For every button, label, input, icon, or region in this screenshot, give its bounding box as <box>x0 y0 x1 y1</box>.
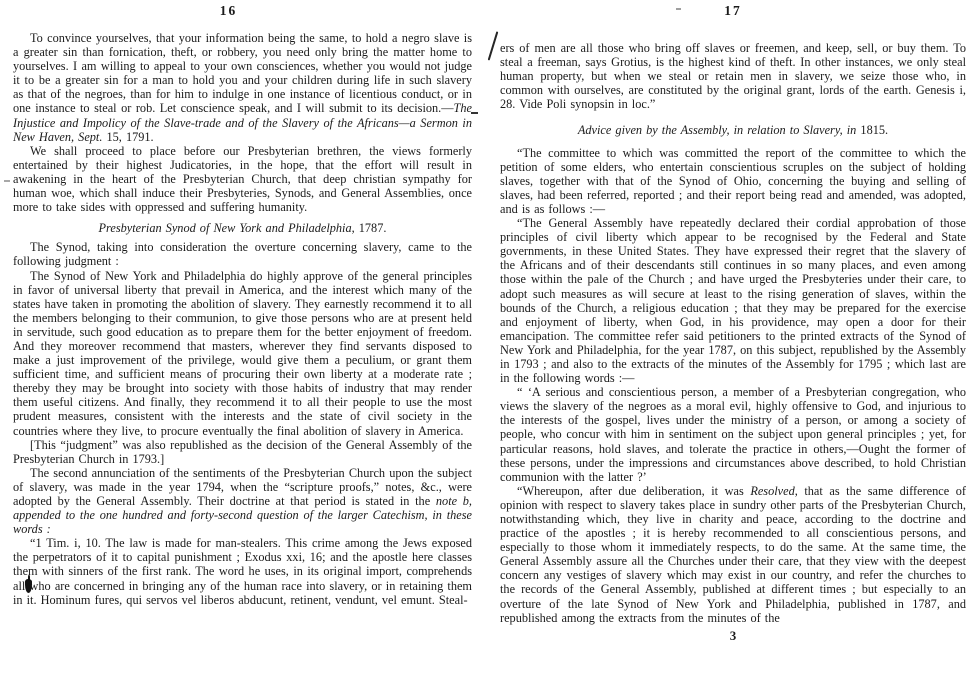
section-heading: Advice given by the Assembly, in relatio… <box>500 123 966 137</box>
paragraph: The Synod, taking into consideration the… <box>13 240 472 268</box>
page-content-left: To convince yourselves, that your inform… <box>13 31 472 607</box>
text-run: “Whereupon, after due deliberation, it w… <box>517 484 750 498</box>
text-run: “1 Tim. i, 10. The law is made for man-s… <box>13 536 472 606</box>
paragraph: The Synod of New York and Philadelphia d… <box>13 269 472 438</box>
page-number-right: 17 <box>500 0 966 19</box>
paragraph: To convince yourselves, that your inform… <box>13 31 472 144</box>
section-heading: Presbyterian Synod of New York and Phila… <box>13 221 472 235</box>
text-run: The Synod of New York and Philadelphia d… <box>13 269 472 438</box>
italic-text-run: Resolved <box>750 484 794 498</box>
page-17: 17 ers of men are all those who bring of… <box>500 0 966 644</box>
text-run: “ ‘A serious and conscientious person, a… <box>500 385 966 484</box>
book-scan: 16 To convince yourselves, that your inf… <box>0 0 980 681</box>
text-run: 15, 1791. <box>102 130 153 144</box>
paragraph: “1 Tim. i, 10. The law is made for man-s… <box>13 536 472 606</box>
italic-text-run: Advice given by the Assembly, in relatio… <box>578 123 856 137</box>
signature-mark: 3 <box>500 628 966 644</box>
paragraph: We shall proceed to place before our Pre… <box>13 144 472 214</box>
page-number-left: 16 <box>13 0 472 19</box>
paragraph: “Whereupon, after due deliberation, it w… <box>500 484 966 625</box>
margin-dash-right-mark <box>471 112 478 114</box>
paragraph: “The General Assembly have repeatedly de… <box>500 216 966 385</box>
italic-text-run: Presbyterian Synod of New York and Phila… <box>99 221 355 235</box>
text-run: To convince yourselves, that your inform… <box>13 31 472 115</box>
pen-slash-mark <box>488 31 499 60</box>
paragraph: ers of men are all those who bring off s… <box>500 41 966 111</box>
page-content-right: ers of men are all those who bring off s… <box>500 41 966 625</box>
text-run: , that as the same difference of opinion… <box>500 484 966 625</box>
text-run: The second annunciation of the sentiment… <box>13 466 472 508</box>
text-run: 1787. <box>355 221 387 235</box>
paragraph: [This “judgment” was also republished as… <box>13 438 472 466</box>
paragraph: The second annunciation of the sentiment… <box>13 466 472 536</box>
text-run: We shall proceed to place before our Pre… <box>13 144 472 214</box>
text-run: The Synod, taking into consideration the… <box>13 240 472 268</box>
page-16: 16 To convince yourselves, that your inf… <box>13 0 472 607</box>
text-run: 1815. <box>856 123 888 137</box>
text-run: “The General Assembly have repeatedly de… <box>500 216 966 385</box>
text-run: “The committee to which was committed th… <box>500 146 966 216</box>
margin-dash-left-mark <box>4 180 10 182</box>
paragraph: “The committee to which was committed th… <box>500 146 966 216</box>
text-run: ers of men are all those who bring off s… <box>500 41 966 111</box>
paragraph: “ ‘A serious and conscientious person, a… <box>500 385 966 484</box>
margin-dash-top-mark <box>676 8 681 10</box>
text-run: [This “judgment” was also republished as… <box>13 438 472 466</box>
